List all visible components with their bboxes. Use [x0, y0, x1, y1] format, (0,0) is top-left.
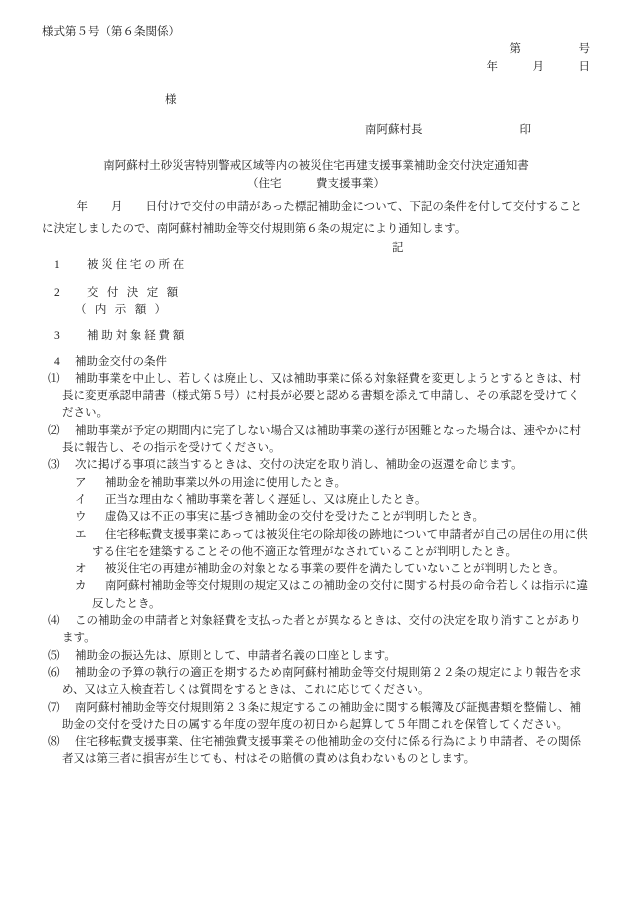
condition-item-5: ⑸補助金の振込先は、原則として、申請者名義の口座とします。	[62, 648, 590, 665]
condition-text: 補助金の予算の執行の適正を期するため南阿蘇村補助金等交付規則第２２条の規定により…	[62, 667, 581, 696]
record-marker: 記	[392, 240, 590, 257]
form-label: 様式第５号（第６条関係）	[42, 24, 590, 41]
date-line: 年 月 日	[42, 59, 590, 76]
sub-condition-text: 南阿蘇村補助金等交付規則の規定又はこの補助金の交付に関する村長の命令若しくは指示…	[92, 580, 588, 609]
sub-condition-text: 正当な理由なく補助事業を著しく遅延し、又は廃止したとき。	[105, 494, 427, 506]
item-number: 4	[42, 354, 75, 371]
sub-condition-item-u: ウ虚偽又は不正の事実に基づき補助金の交付を受けたことが判明したとき。	[92, 509, 590, 526]
sub-condition-text: 虚偽又は不正の事実に基づき補助金の交付を受けたことが判明したとき。	[105, 511, 484, 523]
condition-text: 次に掲げる事項に該当するときは、交付の決定を取り消し、補助金の返還を命じます。	[75, 459, 523, 471]
condition-number: ⑵	[48, 423, 75, 440]
condition-number: ⑷	[48, 613, 75, 630]
condition-item-3: ⑶次に掲げる事項に該当するときは、交付の決定を取り消し、補助金の返還を命じます。	[62, 457, 590, 474]
document-title: 南阿蘇村土砂災害特別警戒区域等内の被災住宅再建支援事業補助金交付決定通知書	[42, 158, 590, 175]
condition-text: 補助金の振込先は、原則として、申請者名義の口座とします。	[75, 650, 396, 662]
condition-text: 補助事業を中止し、若しくは廃止し、又は補助事業に係る対象経費を変更しようとすると…	[62, 373, 581, 420]
condition-item-2: ⑵補助事業が予定の期間内に完了しない場合又は補助事業の遂行が困難となった場合は、…	[62, 423, 590, 458]
addressee-line: 様	[165, 92, 590, 109]
item-label: 被災住宅の所在	[87, 259, 187, 271]
item-label: 補助対象経費額	[87, 330, 187, 342]
condition-number: ⑹	[48, 665, 75, 682]
condition-text: 補助事業が予定の期間内に完了しない場合又は補助事業の遂行が困難となった場合は、速…	[62, 425, 581, 454]
sub-condition-item-e: エ住宅移転費支援事業にあっては被災住宅の除却後の跡地について申請者が自己の居住の…	[92, 527, 590, 562]
document-number-line: 第 号	[42, 41, 590, 58]
sub-condition-item-a: ア補助金を補助事業以外の用途に使用したとき。	[92, 475, 590, 492]
condition-text: 住宅移転費支援事業、住宅補強費支援事業その他補助金の交付に係る行為により申請者、…	[62, 736, 581, 765]
list-item-4: 4補助金交付の条件	[42, 354, 590, 371]
list-item-3: 3補助対象経費額	[42, 328, 590, 345]
condition-text: 南阿蘇村補助金等交付規則第２３条に規定するこの補助金に関する帳簿及び証拠書類を整…	[62, 702, 581, 731]
list-item-2: 2交付決定額	[42, 285, 590, 302]
sub-condition-number: ア	[75, 475, 105, 492]
sub-condition-number: エ	[75, 527, 105, 544]
sub-condition-number: イ	[75, 492, 105, 509]
intro-paragraph: 年 月 日付けで交付の申請があった標記補助金について、下記の条件を付して交付する…	[42, 197, 590, 240]
condition-item-8: ⑻住宅移転費支援事業、住宅補強費支援事業その他補助金の交付に係る行為により申請者…	[62, 734, 590, 769]
document-subtitle: （住宅 費支援事業）	[42, 176, 590, 193]
condition-number: ⑺	[48, 700, 75, 717]
condition-number: ⑻	[48, 734, 75, 751]
sub-condition-item-o: オ被災住宅の再建が補助金の対象となる事業の要件を満たしていないことが判明したとき…	[92, 561, 590, 578]
condition-number: ⑶	[48, 457, 75, 474]
sub-condition-text: 補助金を補助事業以外の用途に使用したとき。	[105, 477, 346, 489]
sub-condition-text: 住宅移転費支援事業にあっては被災住宅の除却後の跡地について申請者が自己の居住の用…	[92, 529, 588, 558]
seal-mark: 印	[520, 124, 532, 136]
issuer-line: 南阿蘇村長印	[365, 122, 590, 139]
item-number: 3	[42, 328, 87, 345]
sub-condition-number: ウ	[75, 509, 105, 526]
condition-text: この補助金の申請者と対象経費を支払った者とが異なるときは、交付の決定を取り消すこ…	[62, 615, 581, 644]
condition-number: ⑸	[48, 648, 75, 665]
sub-condition-number: オ	[75, 561, 105, 578]
notification-document-page: 様式第５号（第６条関係） 第 号 年 月 日 様 南阿蘇村長印 南阿蘇村土砂災害…	[0, 0, 630, 915]
list-item-2-sublabel: （内示額）	[75, 302, 590, 319]
condition-item-7: ⑺南阿蘇村補助金等交付規則第２３条に規定するこの補助金に関する帳簿及び証拠書類を…	[62, 700, 590, 735]
sub-condition-item-ka: カ南阿蘇村補助金等交付規則の規定又はこの補助金の交付に関する村長の命令若しくは指…	[92, 578, 590, 613]
condition-item-6: ⑹補助金の予算の執行の適正を期するため南阿蘇村補助金等交付規則第２２条の規定によ…	[62, 665, 590, 700]
condition-item-1: ⑴補助事業を中止し、若しくは廃止し、又は補助事業に係る対象経費を変更しようとする…	[62, 371, 590, 423]
item-label: 補助金交付の条件	[75, 356, 167, 368]
issuer-name: 南阿蘇村長	[365, 124, 423, 136]
condition-item-4: ⑷この補助金の申請者と対象経費を支払った者とが異なるときは、交付の決定を取り消す…	[62, 613, 590, 648]
list-item-1: 1被災住宅の所在	[42, 257, 590, 274]
condition-number: ⑴	[48, 371, 75, 388]
sub-condition-text: 被災住宅の再建が補助金の対象となる事業の要件を満たしていないことが判明したとき。	[105, 563, 565, 575]
item-label: 交付決定額	[87, 287, 187, 299]
sub-condition-number: カ	[75, 578, 105, 595]
item-number: 1	[42, 257, 87, 274]
item-number: 2	[42, 285, 87, 302]
sub-condition-item-i: イ正当な理由なく補助事業を著しく遅延し、又は廃止したとき。	[92, 492, 590, 509]
